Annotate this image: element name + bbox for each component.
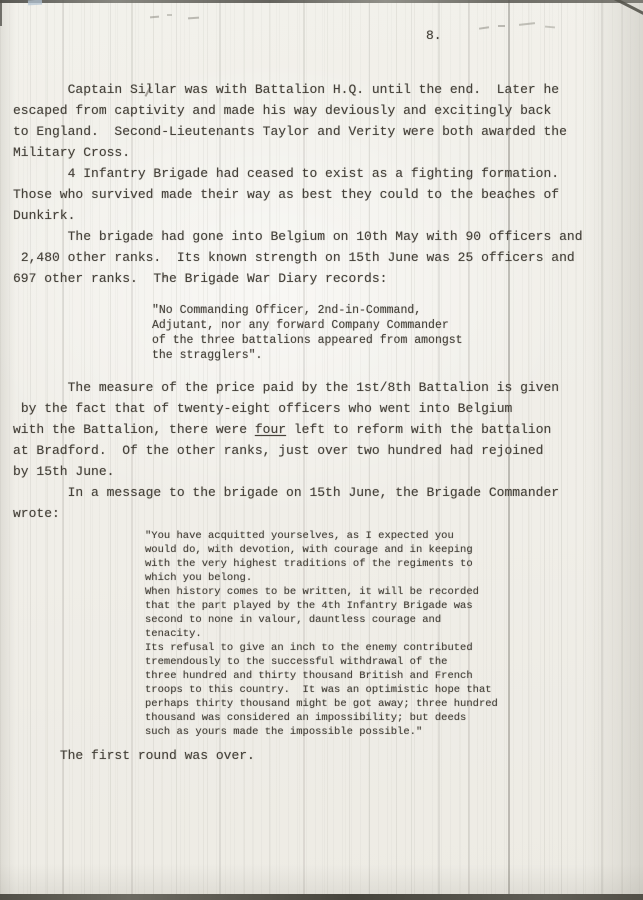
scan-edge-bottom	[0, 894, 643, 900]
pencil-mark	[498, 25, 505, 27]
brigade-commander-message-quote: "You have acquitted yourselves, as I exp…	[145, 529, 575, 739]
underlined-word-four: four	[255, 422, 286, 437]
scan-edge-top	[0, 0, 643, 3]
blue-smudge-mark	[28, 0, 42, 5]
paragraph-block-captain-sillar: Captain Sillar was with Battalion H.Q. u…	[13, 79, 631, 289]
pencil-mark	[167, 14, 172, 16]
closing-line: The first round was over.	[13, 745, 631, 766]
bottom-edge-shading	[0, 864, 643, 894]
scanned-document-page: 8. Captain Sillar was with Battalion H.Q…	[0, 0, 643, 900]
war-diary-quote: "No Commanding Officer, 2nd-in-Command, …	[152, 303, 582, 363]
paragraph-block-casualties: The measure of the price paid by the 1st…	[13, 377, 631, 524]
page-number: 8.	[426, 28, 442, 43]
scan-edge-left	[0, 0, 2, 26]
